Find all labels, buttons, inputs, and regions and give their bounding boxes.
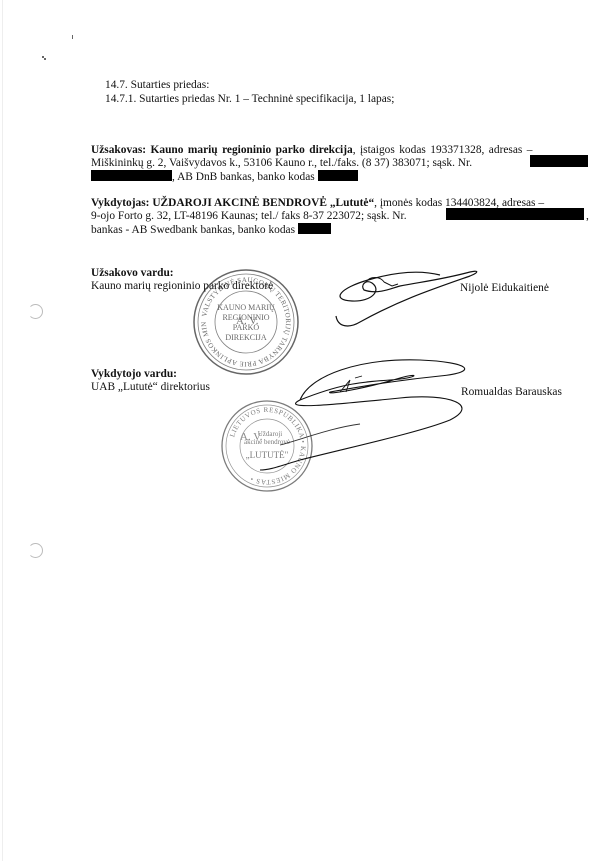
customer-signature-role: Kauno marių regioninio parko direktorė [91, 280, 273, 293]
contractor-line-3: bankas - AB Swedbank bankas, banko kodas [91, 223, 331, 237]
punch-hole-icon [28, 304, 43, 319]
contractor-name: UŽDAROJI AKCINĖ BENDROVĖ „Lututė“ [152, 197, 374, 209]
customer-line-1: Užsakovas: Kauno marių regioninio parko … [91, 144, 532, 157]
contractor-signature-heading: Vykdytojo vardu: [91, 368, 177, 381]
redaction-box [530, 155, 588, 167]
customer-line-1-rest: , įstaigos kodas 193371328, adresas – [353, 144, 533, 156]
customer-name: Kauno marių regioninio parko direkcija [151, 144, 353, 156]
contractor-stamp-icon: LIETUVOS RESPUBLIKA • KAUNO MIESTAS • Už… [222, 401, 312, 491]
contractor-bank: bankas - AB Swedbank bankas, banko kodas [91, 224, 295, 236]
customer-label: Užsakovas: [91, 144, 146, 156]
contractor-label: Vykdytojas: [91, 197, 149, 209]
redaction-box [298, 223, 331, 234]
svg-text:DIREKCIJA: DIREKCIJA [225, 333, 267, 342]
contractor-line-2-end: , [586, 210, 589, 223]
svg-text:A. V.: A. V. [240, 431, 263, 443]
stamps-and-signatures: VALSTYBINĖ SAUGOMŲ TERITORIJŲ TARNYBA PR… [0, 0, 607, 861]
section-item: 14.7.1. Sutarties priedas Nr. 1 – Techni… [105, 93, 394, 106]
contractor-address: 9-ojo Forto g. 32, LT-48196 Kaunas; tel.… [91, 210, 407, 222]
customer-stamp-icon: VALSTYBINĖ SAUGOMŲ TERITORIJŲ TARNYBA PR… [0, 0, 298, 374]
scan-speck [44, 58, 46, 60]
customer-signature-icon [336, 271, 477, 326]
svg-text:REGIONINIO: REGIONINIO [222, 313, 269, 322]
section-heading: 14.7. Sutarties priedas: [105, 79, 209, 92]
redaction-box [318, 170, 358, 181]
document-page: 14.7. Sutarties priedas: 14.7.1. Sutarti… [0, 0, 607, 861]
contractor-signer-name: Romualdas Barauskas [461, 386, 562, 399]
scan-speck [72, 35, 73, 39]
svg-text:Uždaroji: Uždaroji [258, 430, 283, 438]
svg-text:KAUNO MARIŲ: KAUNO MARIŲ [217, 303, 275, 312]
contractor-signature-role: UAB „Lututė“ direktorius [91, 381, 210, 394]
customer-address: Miškininkų g. 2, Vaišvydavos k., 53106 K… [91, 157, 472, 169]
svg-text:A. V.: A. V. [236, 315, 259, 327]
scan-edge [2, 0, 3, 861]
contractor-signature-icon [260, 360, 465, 470]
svg-text:LIETUVOS RESPUBLIKA • KAUNO MI: LIETUVOS RESPUBLIKA • KAUNO MIESTAS • [228, 406, 307, 486]
punch-hole-icon [28, 543, 43, 558]
svg-text:PARKO: PARKO [233, 323, 260, 332]
svg-text:„LUTUTĖ": „LUTUTĖ" [246, 450, 289, 460]
redaction-box [91, 170, 172, 181]
customer-bank: , AB DnB bankas, banko kodas [172, 171, 315, 183]
customer-line-3: , AB DnB bankas, banko kodas [91, 170, 358, 184]
svg-text:akcinė bendrovė: akcinė bendrovė [244, 438, 290, 446]
redaction-box [446, 208, 584, 220]
contractor-line-2: 9-ojo Forto g. 32, LT-48196 Kaunas; tel.… [91, 210, 407, 223]
customer-signature-heading: Užsakovo vardu: [91, 267, 174, 280]
customer-signer-name: Nijolė Eidukaitienė [460, 282, 549, 295]
customer-line-2: Miškininkų g. 2, Vaišvydavos k., 53106 K… [91, 157, 472, 170]
